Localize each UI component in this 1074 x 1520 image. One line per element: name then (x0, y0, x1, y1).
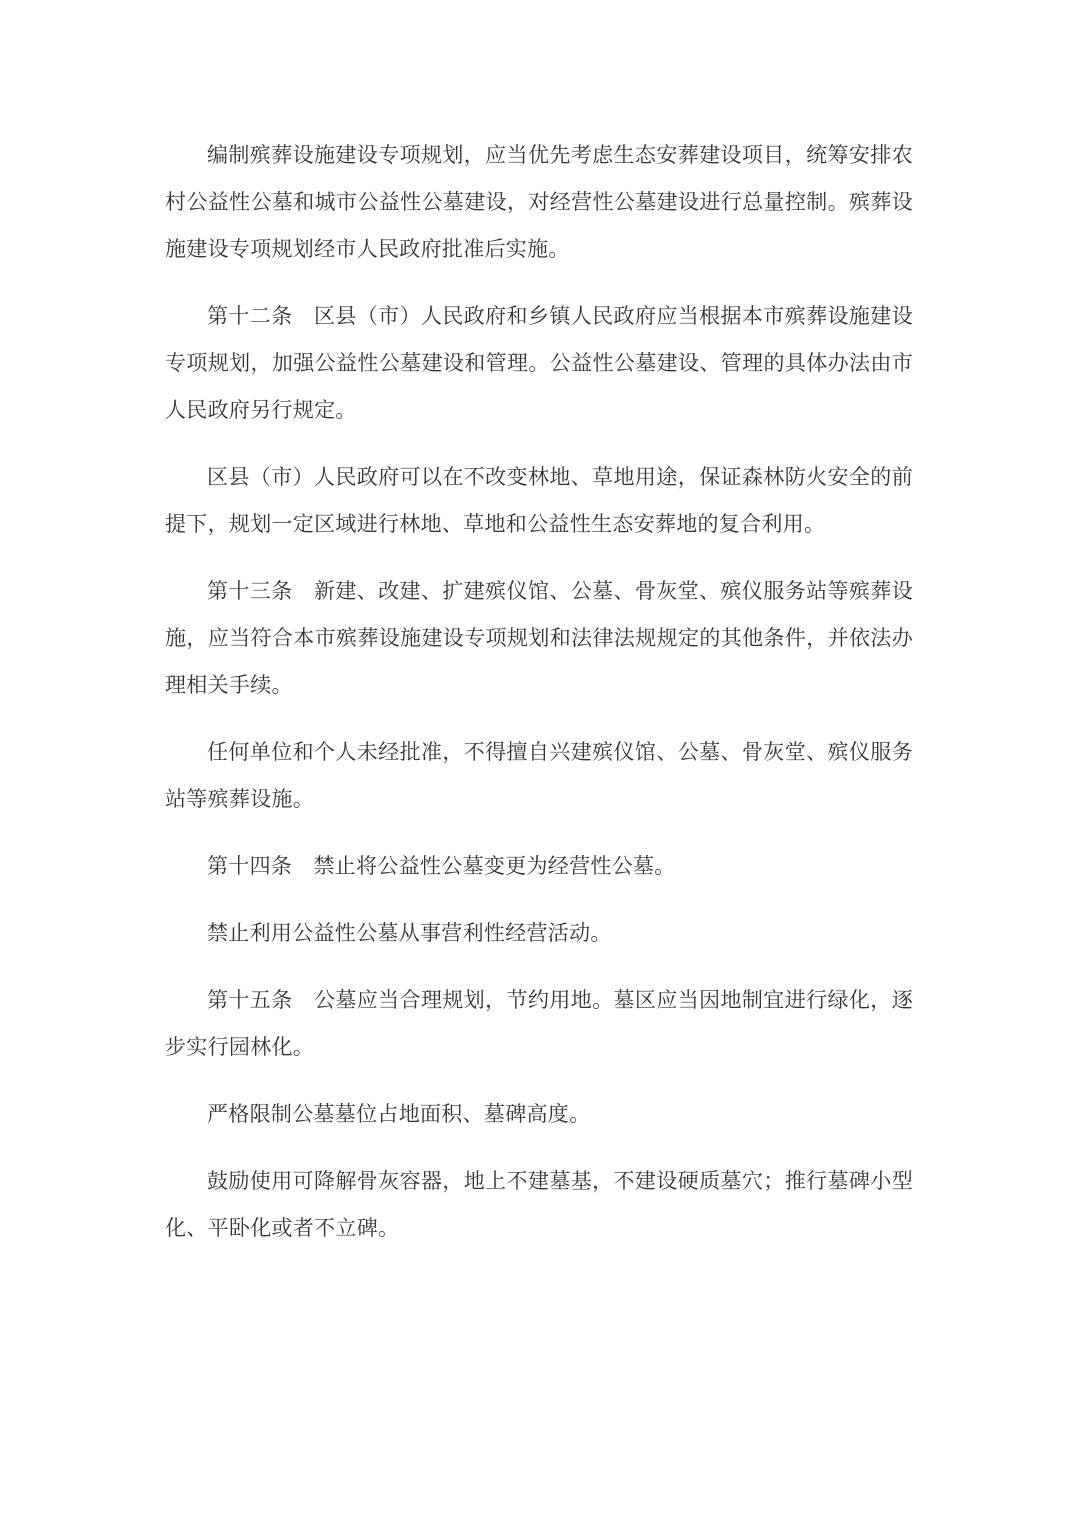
paragraph: 第十三条 新建、改建、扩建殡仪馆、公墓、骨灰堂、殡仪服务站等殡葬设施，应当符合本… (165, 568, 913, 709)
paragraph: 编制殡葬设施建设专项规划，应当优先考虑生态安葬建设项目，统筹安排农村公益性公墓和… (165, 132, 913, 273)
paragraph: 禁止利用公益性公墓从事营利性经营活动。 (165, 910, 913, 957)
document-page: 编制殡葬设施建设专项规划，应当优先考虑生态安葬建设项目，统筹安排农村公益性公墓和… (0, 0, 1074, 1520)
paragraph: 第十二条 区县（市）人民政府和乡镇人民政府应当根据本市殡葬设施建设专项规划，加强… (165, 293, 913, 434)
paragraph: 区县（市）人民政府可以在不改变林地、草地用途，保证森林防火安全的前提下，规划一定… (165, 454, 913, 548)
paragraph: 严格限制公墓墓位占地面积、墓碑高度。 (165, 1091, 913, 1138)
paragraph: 第十五条 公墓应当合理规划，节约用地。墓区应当因地制宜进行绿化，逐步实行园林化。 (165, 977, 913, 1071)
paragraph: 任何单位和个人未经批准，不得擅自兴建殡仪馆、公墓、骨灰堂、殡仪服务站等殡葬设施。 (165, 729, 913, 823)
paragraph: 鼓励使用可降解骨灰容器，地上不建墓基，不建设硬质墓穴；推行墓碑小型化、平卧化或者… (165, 1158, 913, 1252)
document-body: 编制殡葬设施建设专项规划，应当优先考虑生态安葬建设项目，统筹安排农村公益性公墓和… (165, 132, 913, 1252)
paragraph: 第十四条 禁止将公益性公墓变更为经营性公墓。 (165, 843, 913, 890)
